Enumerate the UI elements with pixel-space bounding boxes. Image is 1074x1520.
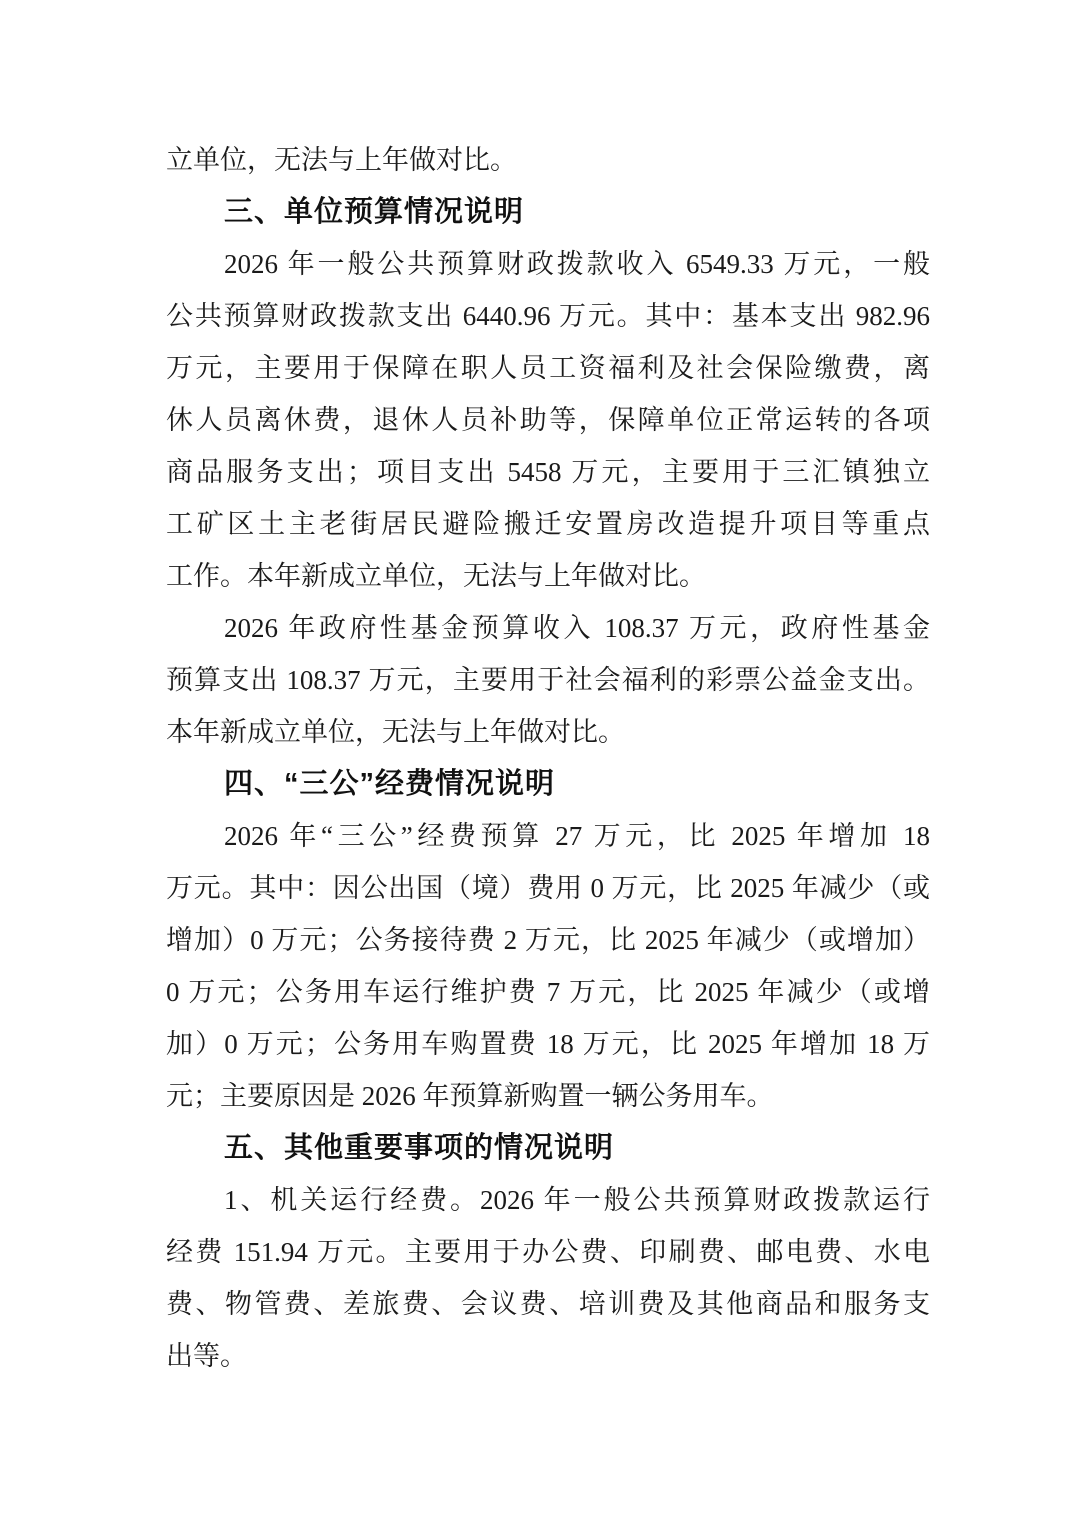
- document-text-line: 1、机关运行经费。2026 年一般公共预算财政拨款运行: [166, 1174, 930, 1226]
- document-text-line: 元；主要原因是 2026 年预算新购置一辆公务用车。: [166, 1070, 930, 1122]
- document-text-line: 公共预算财政拨款支出 6440.96 万元。其中：基本支出 982.96: [166, 290, 930, 342]
- document-text-line: 商品服务支出；项目支出 5458 万元，主要用于三汇镇独立: [166, 446, 930, 498]
- document-content: 立单位，无法与上年做对比。三、单位预算情况说明2026 年一般公共预算财政拨款收…: [166, 134, 930, 1382]
- document-text-line: 出等。: [166, 1330, 930, 1382]
- document-text-line: 经费 151.94 万元。主要用于办公费、印刷费、邮电费、水电: [166, 1226, 930, 1278]
- document-page: 立单位，无法与上年做对比。三、单位预算情况说明2026 年一般公共预算财政拨款收…: [0, 0, 1074, 1520]
- document-text-line: 立单位，无法与上年做对比。: [166, 134, 930, 186]
- document-text-line: 预算支出 108.37 万元，主要用于社会福利的彩票公益金支出。: [166, 654, 930, 706]
- document-text-line: 本年新成立单位，无法与上年做对比。: [166, 706, 930, 758]
- section-heading: 五、其他重要事项的情况说明: [166, 1122, 930, 1174]
- section-heading: 三、单位预算情况说明: [166, 186, 930, 238]
- document-text-line: 万元。其中：因公出国（境）费用 0 万元，比 2025 年减少（或: [166, 862, 930, 914]
- document-text-line: 休人员离休费，退休人员补助等，保障单位正常运转的各项: [166, 394, 930, 446]
- document-text-line: 2026 年政府性基金预算收入 108.37 万元，政府性基金: [166, 602, 930, 654]
- document-text-line: 0 万元；公务用车运行维护费 7 万元，比 2025 年减少（或增: [166, 966, 930, 1018]
- document-text-line: 万元，主要用于保障在职人员工资福利及社会保险缴费，离: [166, 342, 930, 394]
- section-heading: 四、“三公”经费情况说明: [166, 758, 930, 810]
- document-text-line: 工矿区土主老街居民避险搬迁安置房改造提升项目等重点: [166, 498, 930, 550]
- document-text-line: 2026 年“三公”经费预算 27 万元，比 2025 年增加 18: [166, 810, 930, 862]
- document-text-line: 增加）0 万元；公务接待费 2 万元，比 2025 年减少（或增加）: [166, 914, 930, 966]
- document-text-line: 工作。本年新成立单位，无法与上年做对比。: [166, 550, 930, 602]
- document-text-line: 费、物管费、差旅费、会议费、培训费及其他商品和服务支: [166, 1278, 930, 1330]
- document-text-line: 2026 年一般公共预算财政拨款收入 6549.33 万元，一般: [166, 238, 930, 290]
- document-text-line: 加）0 万元；公务用车购置费 18 万元，比 2025 年增加 18 万: [166, 1018, 930, 1070]
